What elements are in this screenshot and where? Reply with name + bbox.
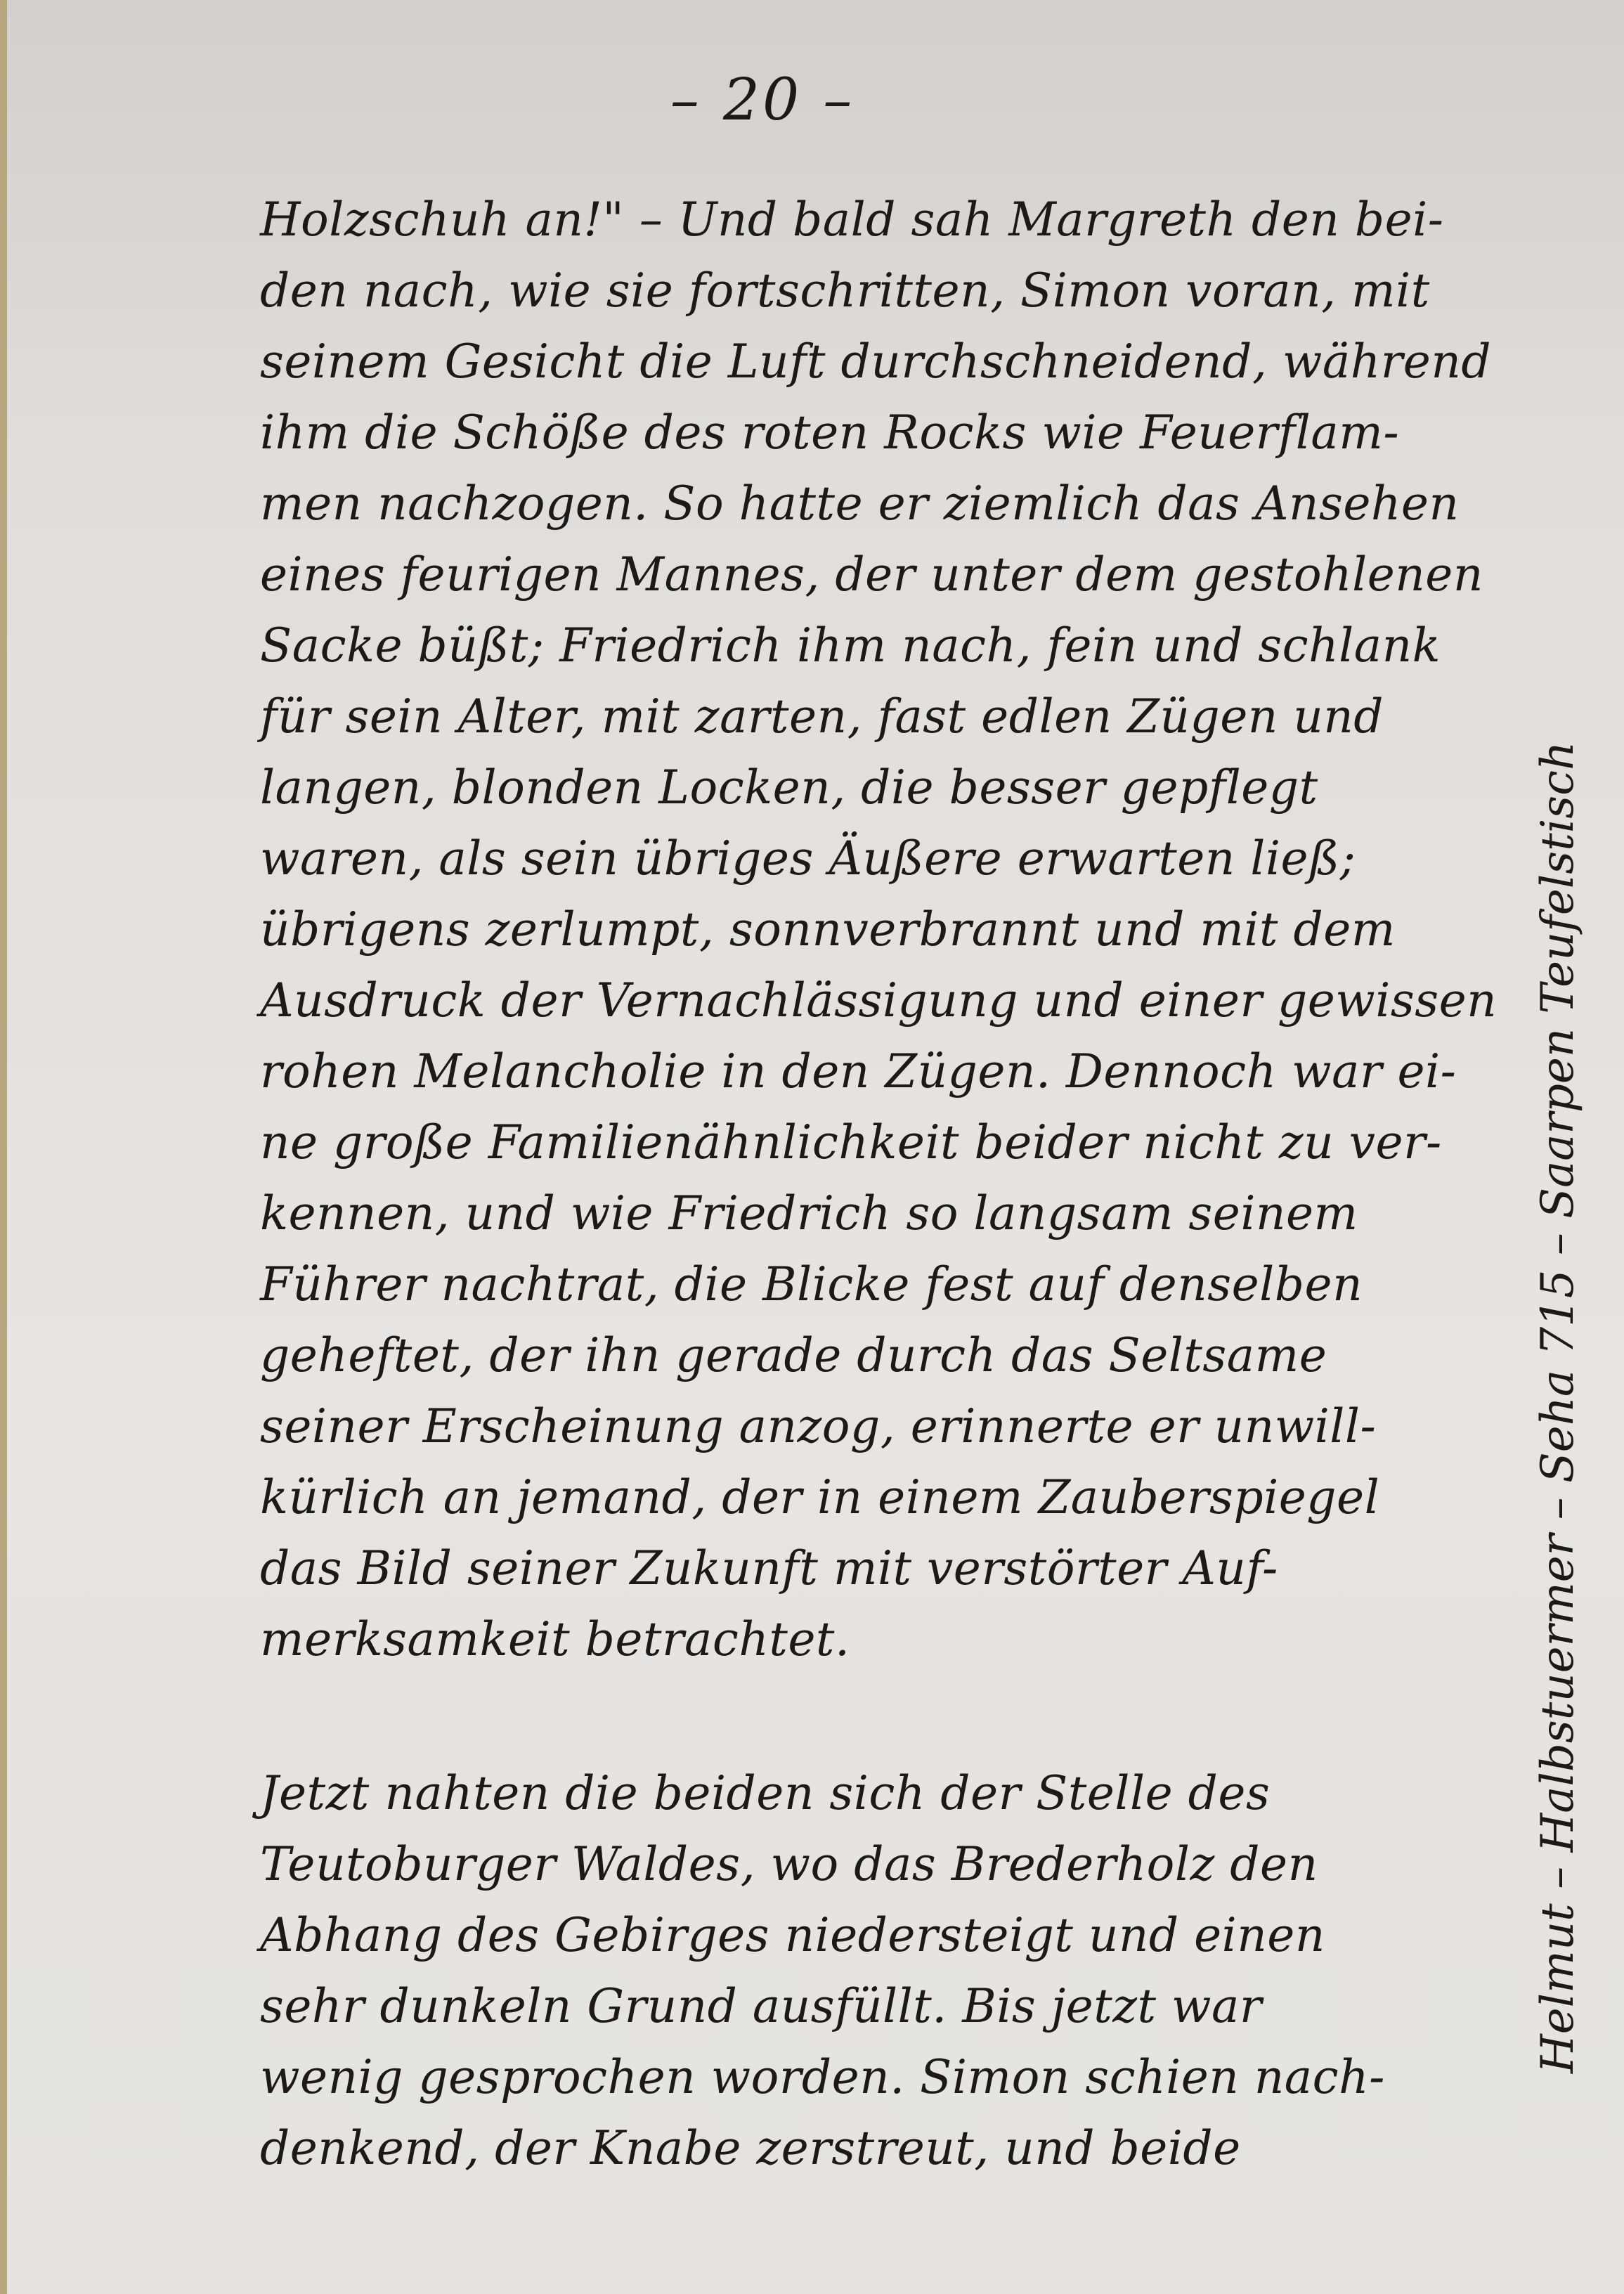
paragraph-2: Jetzt nahten die beiden sich der Stelle … — [260, 1758, 1412, 2184]
text-line: Teutoburger Waldes, wo das Brederholz de… — [260, 1829, 1412, 1900]
text-line: kennen, und wie Friedrich so langsam sei… — [260, 1178, 1412, 1249]
text-line: Holzschuh an!" – Und bald sah Margreth d… — [260, 184, 1412, 255]
handwritten-text: Holzschuh an!" – Und bald sah Margreth d… — [260, 184, 1412, 2184]
paragraph-1: Holzschuh an!" – Und bald sah Margreth d… — [260, 184, 1412, 1675]
paragraph-gap — [260, 1675, 1412, 1758]
text-line: Führer nachtrat, die Blicke fest auf den… — [260, 1249, 1412, 1320]
text-line: langen, blonden Locken, die besser gepfl… — [260, 752, 1412, 823]
text-line: waren, als sein übriges Äußere erwarten … — [260, 823, 1412, 894]
text-line: denkend, der Knabe zerstreut, und beide — [260, 2113, 1412, 2184]
text-line: eines feurigen Mannes, der unter dem ges… — [260, 539, 1412, 610]
text-line: seiner Erscheinung anzog, erinnerte er u… — [260, 1391, 1412, 1462]
text-line: Sacke büßt; Friedrich ihm nach, fein und… — [260, 610, 1412, 681]
vertical-margin-note: Helmut – Halbstuermer – Seha 715 – Saarp… — [1532, 344, 1584, 2073]
text-line: kürlich an jemand, der in einem Zaubersp… — [260, 1462, 1412, 1533]
text-line: ne große Familienähnlichkeit beider nich… — [260, 1107, 1412, 1178]
text-line: seinem Gesicht die Luft durchschneidend,… — [260, 326, 1412, 397]
text-line: Abhang des Gebirges niedersteigt und ein… — [260, 1900, 1412, 1971]
text-line: sehr dunkeln Grund ausfüllt. Bis jetzt w… — [260, 1971, 1412, 2042]
text-line: Ausdruck der Vernachlässigung und einer … — [260, 965, 1412, 1036]
text-line: den nach, wie sie fortschritten, Simon v… — [260, 255, 1412, 326]
text-line: wenig gesprochen worden. Simon schien na… — [260, 2042, 1412, 2113]
text-line: das Bild seiner Zukunft mit verstörter A… — [260, 1533, 1412, 1604]
text-line: rohen Melancholie in den Zügen. Dennoch … — [260, 1036, 1412, 1107]
text-line: geheftet, der ihn gerade durch das Selts… — [260, 1320, 1412, 1391]
text-line: ihm die Schöße des roten Rocks wie Feuer… — [260, 397, 1412, 468]
page-number: – 20 – — [7, 67, 1518, 134]
text-line: für sein Alter, mit zarten, fast edlen Z… — [260, 681, 1412, 752]
manuscript-page: – 20 – Holzschuh an!" – Und bald sah Mar… — [7, 0, 1624, 2294]
text-line: Jetzt nahten die beiden sich der Stelle … — [260, 1758, 1412, 1829]
text-line: merksamkeit betrachtet. — [260, 1604, 1412, 1675]
text-line: übrigens zerlumpt, sonnverbrannt und mit… — [260, 894, 1412, 965]
paper-edge — [0, 0, 7, 2294]
text-line: men nachzogen. So hatte er ziemlich das … — [260, 468, 1412, 539]
